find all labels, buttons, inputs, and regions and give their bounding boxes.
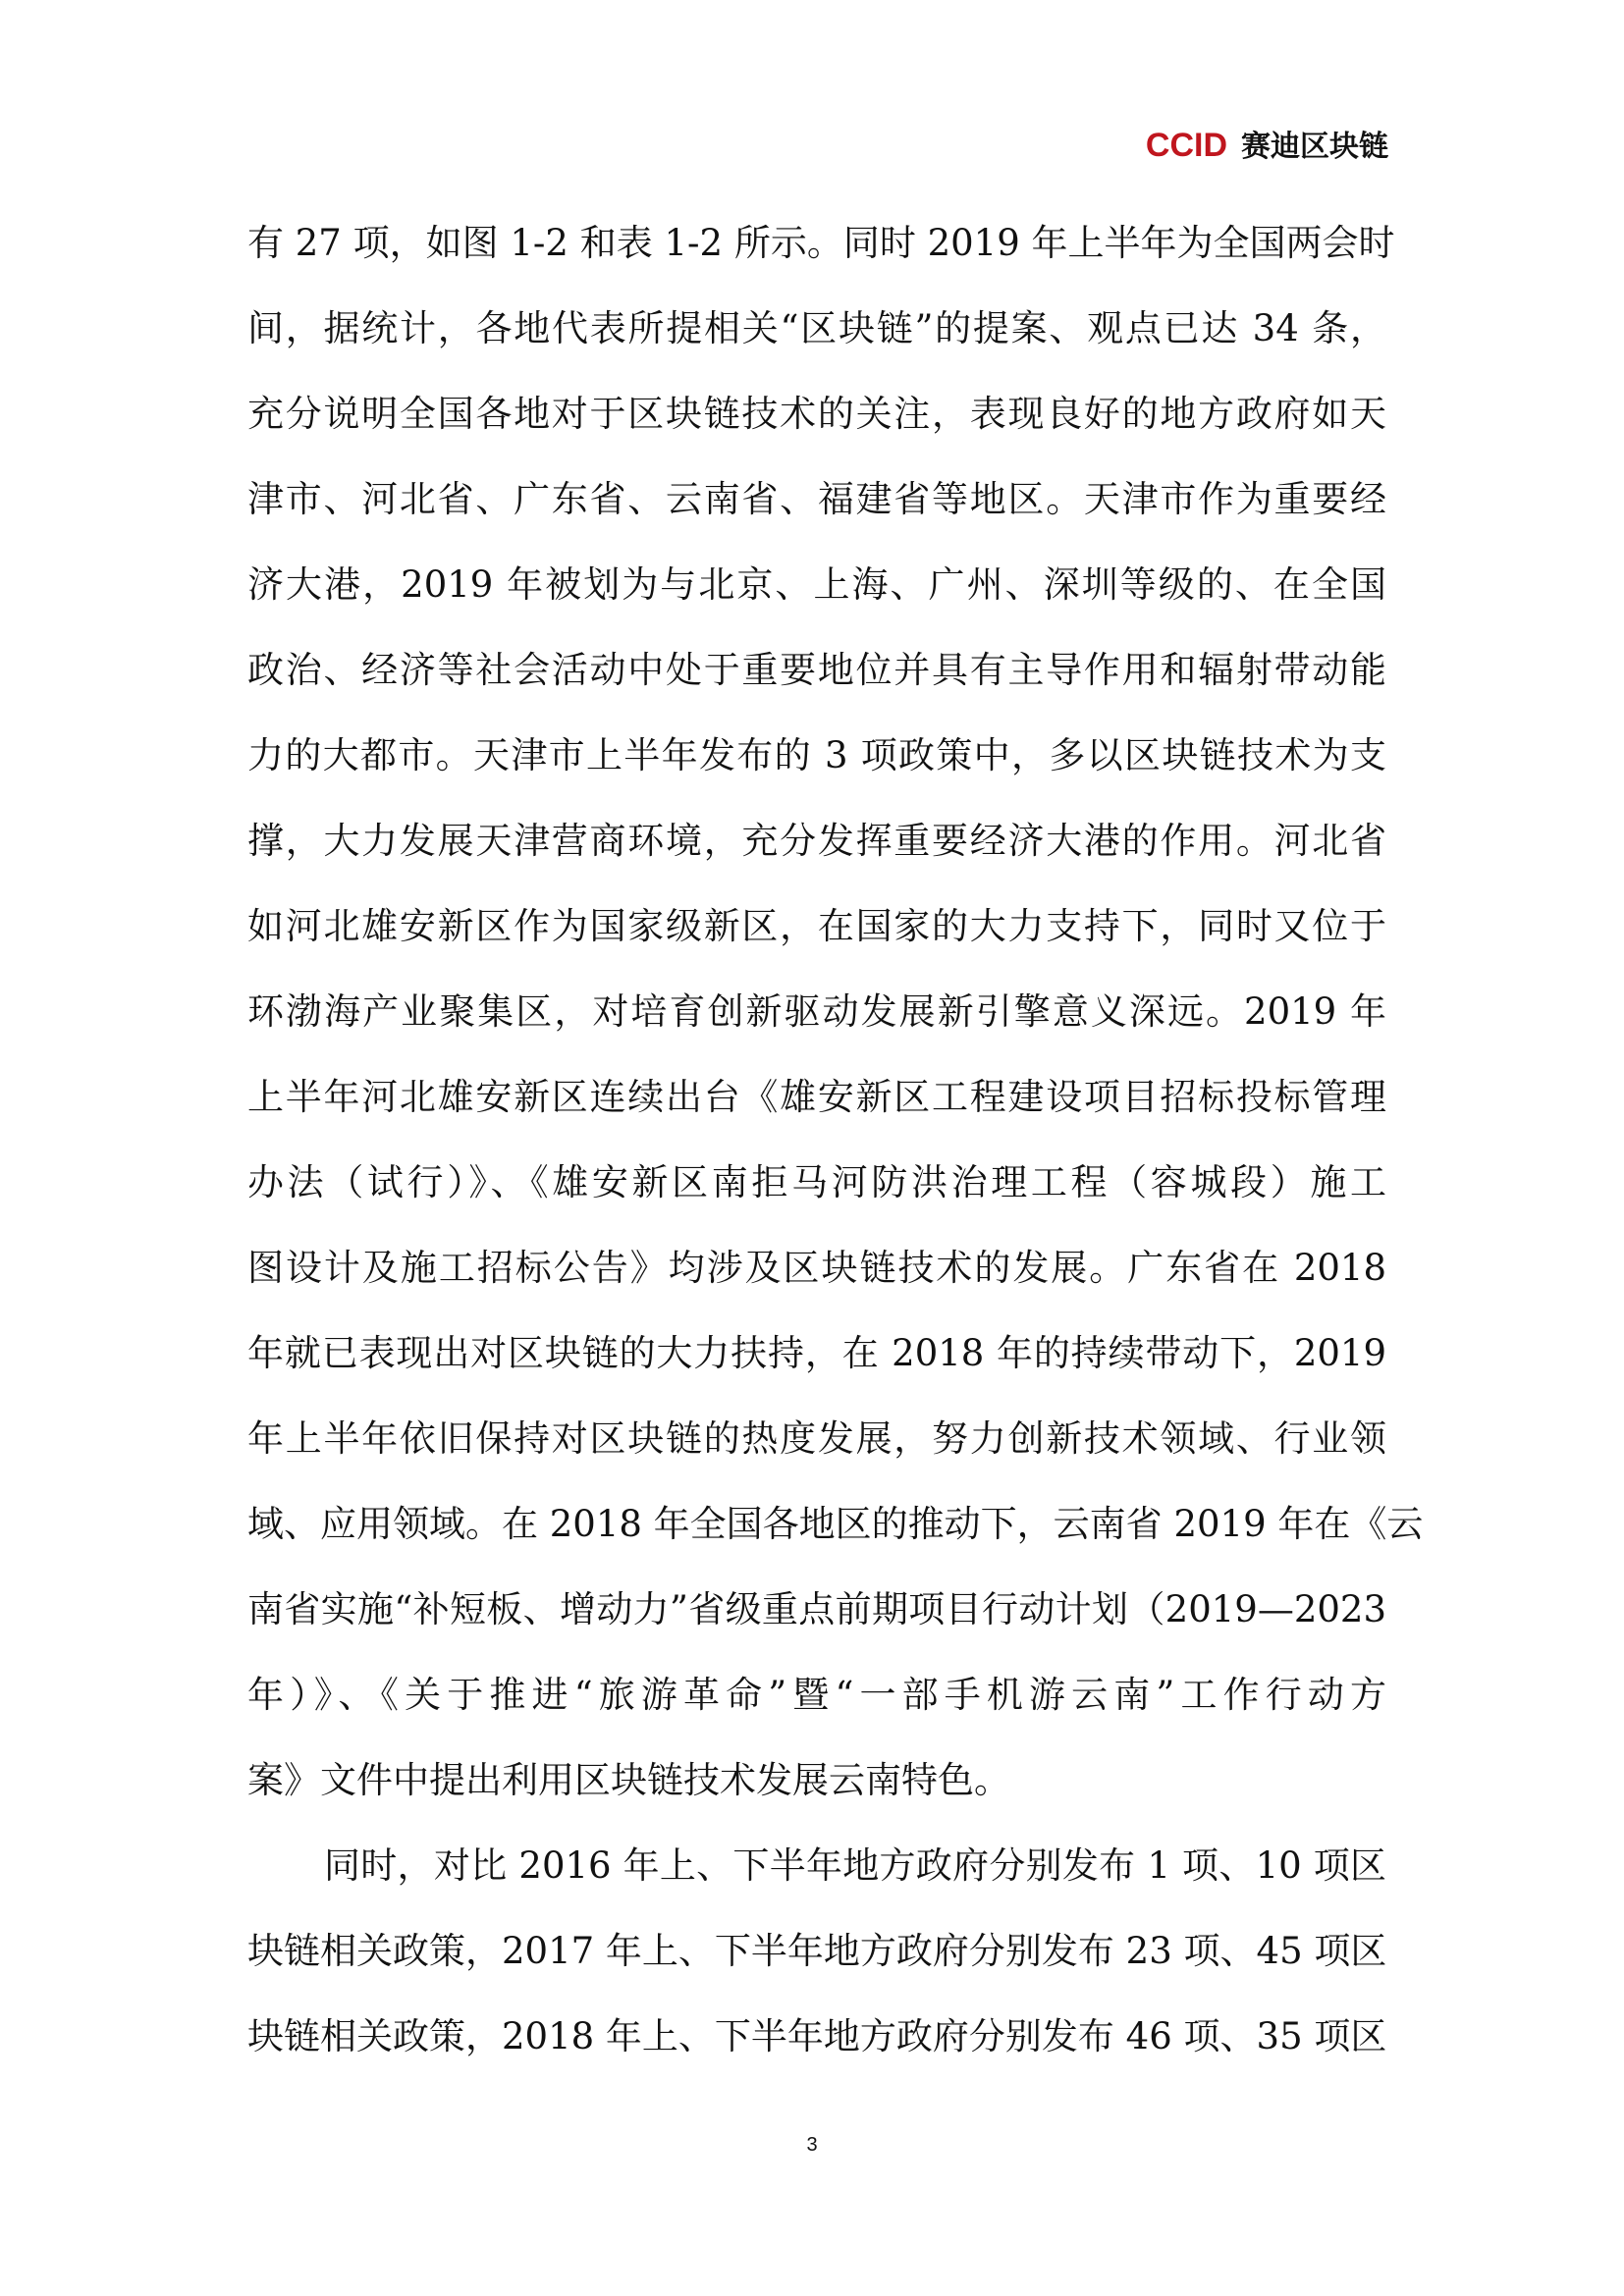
- text-line: 有 27 项，如图 1-2 和表 1-2 所示。同时 2019 年上半年为全国两…: [247, 214, 1386, 299]
- document-body: 有 27 项，如图 1-2 和表 1-2 所示。同时 2019 年上半年为全国两…: [247, 214, 1386, 2093]
- text-line: 年就已表现出对区块链的大力扶持，在 2018 年的持续带动下，2019: [247, 1324, 1386, 1410]
- text-line: 津市、河北省、广东省、云南省、福建省等地区。天津市作为重要经: [247, 470, 1386, 556]
- text-line: 间，据统计，各地代表所提相关“区块链”的提案、观点已达 34 条，: [247, 299, 1386, 385]
- text-line: 撑，大力发展天津营商环境，充分发挥重要经济大港的作用。河北省: [247, 812, 1386, 897]
- text-line: 域、应用领域。在 2018 年全国各地区的推动下，云南省 2019 年在《云: [247, 1495, 1386, 1580]
- text-line: 如河北雄安新区作为国家级新区，在国家的大力支持下，同时又位于: [247, 897, 1386, 983]
- text-line: 充分说明全国各地对于区块链技术的关注，表现良好的地方政府如天: [247, 385, 1386, 470]
- header-logo: CCID 赛迪区块链: [1146, 122, 1388, 165]
- text-line: 图设计及施工招标公告》均涉及区块链技术的发展。广东省在 2018: [247, 1239, 1386, 1324]
- paragraph-2: 同时，对比 2016 年上、下半年地方政府分别发布 1 项、10 项区 块链相关…: [247, 1837, 1386, 2093]
- text-line: 力的大都市。天津市上半年发布的 3 项政策中，多以区块链技术为支: [247, 726, 1386, 812]
- text-line: 环渤海产业聚集区，对培育创新驱动发展新引擎意义深远。2019 年: [247, 983, 1386, 1068]
- text-line: 块链相关政策，2018 年上、下半年地方政府分别发布 46 项、35 项区: [247, 2007, 1386, 2093]
- text-line: 南省实施“补短板、增动力”省级重点前期项目行动计划（2019—2023: [247, 1580, 1386, 1666]
- text-line: 济大港，2019 年被划为与北京、上海、广州、深圳等级的、在全国: [247, 556, 1386, 641]
- text-line: 同时，对比 2016 年上、下半年地方政府分别发布 1 项、10 项区: [247, 1837, 1386, 1922]
- paragraph-1: 有 27 项，如图 1-2 和表 1-2 所示。同时 2019 年上半年为全国两…: [247, 214, 1386, 1837]
- text-line: 办法（试行）》、《雄安新区南拒马河防洪治理工程（容城段）施工: [247, 1153, 1386, 1239]
- text-line: 上半年河北雄安新区连续出台《雄安新区工程建设项目招标投标管理: [247, 1068, 1386, 1153]
- text-line: 块链相关政策，2017 年上、下半年地方政府分别发布 23 项、45 项区: [247, 1922, 1386, 2007]
- text-line: 案》文件中提出利用区块链技术发展云南特色。: [247, 1751, 1386, 1837]
- page-number: 3: [0, 2134, 1624, 2157]
- text-line: 年）》、《关于推进“旅游革命”暨“一部手机游云南”工作行动方: [247, 1666, 1386, 1751]
- text-line: 年上半年依旧保持对区块链的热度发展，努力创新技术领域、行业领: [247, 1410, 1386, 1495]
- brand-ccid: CCID: [1146, 127, 1227, 165]
- brand-chinese-name: 赛迪区块链: [1241, 122, 1388, 165]
- text-line: 政治、经济等社会活动中处于重要地位并具有主导作用和辐射带动能: [247, 641, 1386, 726]
